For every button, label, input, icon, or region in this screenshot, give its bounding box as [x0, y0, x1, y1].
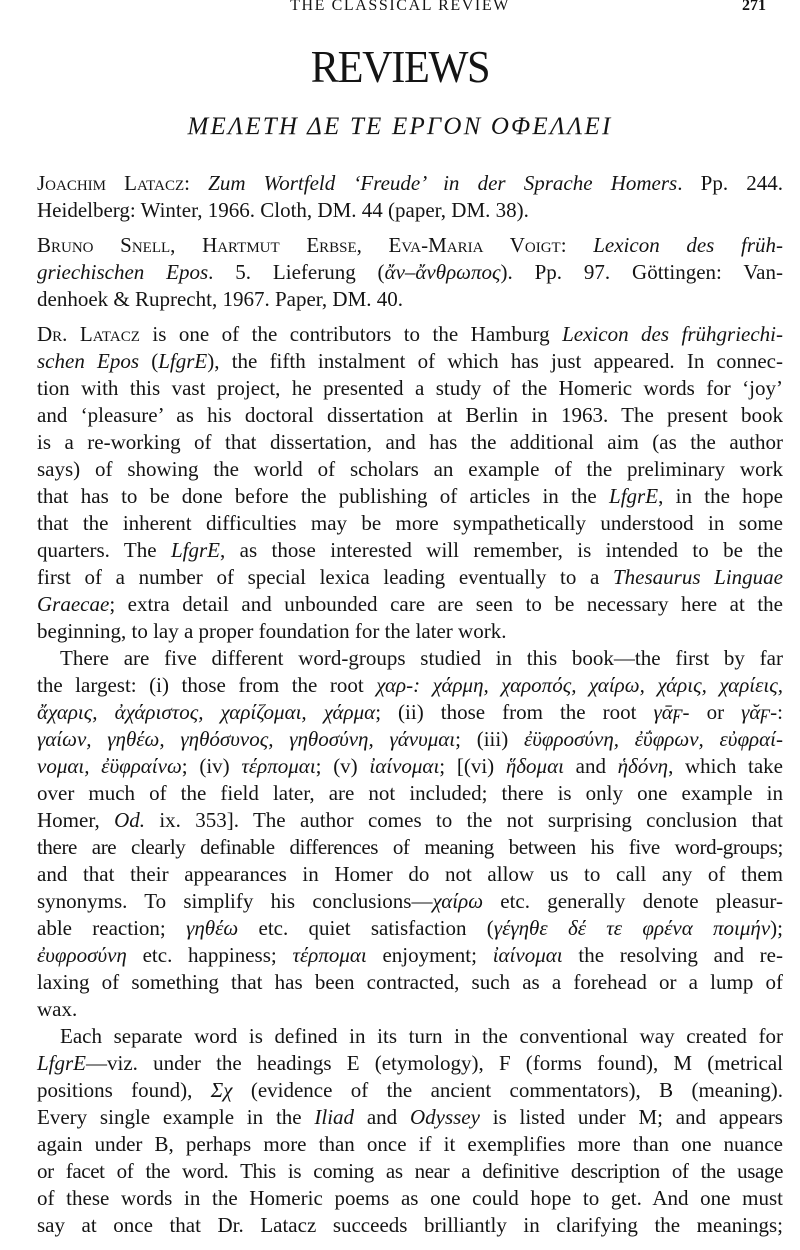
text: etc. generally denote pleasur-	[483, 889, 783, 913]
text-line: there are clearly definable differences …	[37, 834, 783, 861]
greek-text: ἐϋφροσύνη, ἐΰφρων, εὐφραί-	[524, 727, 783, 751]
text-line: tion with this vast project, he presente…	[37, 375, 783, 402]
italic-text: LfgrE	[158, 349, 207, 373]
greek-text: ἐυφροσύνη	[37, 943, 127, 967]
text-line: or facet of the word. This is coming as …	[37, 1158, 783, 1185]
citation-book-title: Zum Wortfeld ‘Freude’ in der Sprache Hom…	[208, 171, 677, 195]
text-line: laxing of something that has been contra…	[37, 969, 783, 996]
text: ix. 353]. The author comes to the not su…	[145, 808, 783, 832]
text-line: that has to be done before the publishin…	[37, 483, 783, 510]
text: ; [(vi)	[439, 754, 506, 778]
text-line: over much of the field later, are not in…	[37, 780, 783, 807]
page-number: 271	[742, 0, 766, 15]
text: quarters. The	[37, 538, 171, 562]
greek-text: ἰαίνομαι	[369, 754, 439, 778]
italic-text: LfgrE	[171, 538, 220, 562]
greek-text: ἄχαρις, ἀχάριστος, χαρίζομαι, χάρμα	[37, 700, 375, 724]
italic-text: Lexicon des frühgriechi-	[562, 322, 783, 346]
citation-line: Joachim Latacz: Zum Wortfeld ‘Freude’ in…	[37, 170, 783, 197]
italic-text: Odyssey	[410, 1105, 480, 1129]
text-line: positions found), Σχ (evidence of the an…	[37, 1077, 783, 1104]
text-line: There are five different word-groups stu…	[60, 645, 783, 672]
greek-text: χαρ-: χάρμη, χαροπός, χαίρω, χάρις, χαρί…	[376, 673, 783, 697]
text: ; (iii)	[455, 727, 524, 751]
text: ; extra detail and unbounded care are se…	[109, 592, 783, 616]
text-line: schen Epos (LfgrE), the fifth instalment…	[37, 348, 783, 375]
greek-text: ἄν–ἄνθρωπος	[385, 260, 501, 284]
greek-text: γηθέω	[186, 916, 238, 940]
text-line: Dr. Latacz is one of the contributors to…	[37, 321, 783, 348]
greek-text: γᾰϝ-	[741, 700, 777, 724]
text: ; (iv)	[182, 754, 242, 778]
italic-text: Thesaurus Linguae	[613, 565, 783, 589]
citation-author: Bruno Snell, Hartmut Erbse, Eva-Maria Vo…	[37, 233, 561, 257]
text: synonyms. To simplify his conclusions—	[37, 889, 432, 913]
text: . 5. Lieferung (	[208, 260, 384, 284]
text: ), the fifth instalment of which has jus…	[207, 349, 783, 373]
greek-text: ἥδομαι	[506, 754, 564, 778]
section-title: REVIEWS	[32, 40, 768, 93]
text: the resolving and re-	[563, 943, 783, 967]
citation-author: Joachim Latacz	[37, 171, 184, 195]
text-line: wax.	[37, 996, 783, 1023]
text: is listed under M; and appears	[480, 1105, 783, 1129]
text-line: and that their appearances in Homer do n…	[37, 861, 783, 888]
text: (	[139, 349, 158, 373]
text: Homer,	[37, 808, 114, 832]
text-line: νομαι, ἐϋφραίνω; (iv) τέρπομαι; (v) ἰαίν…	[37, 753, 783, 780]
text: etc. quiet satisfaction (	[238, 916, 494, 940]
citation-line: denhoek & Ruprecht, 1967. Paper, DM. 40.	[37, 286, 783, 313]
text-line: and ‘pleasure’ as his doctoral dissertat…	[37, 402, 783, 429]
text-line: beginning, to lay a proper foundation fo…	[37, 618, 783, 645]
text: the largest: (i) those from the root	[37, 673, 376, 697]
italic-text: Od.	[114, 808, 145, 832]
text: :	[561, 233, 594, 257]
text: etc. happiness;	[127, 943, 293, 967]
text: and	[564, 754, 618, 778]
running-head: THE CLASSICAL REVIEW 271	[0, 0, 800, 22]
text: positions found),	[37, 1078, 211, 1102]
text-line: again under B, perhaps more than once if…	[37, 1131, 783, 1158]
text: and	[354, 1105, 410, 1129]
text-line: the largest: (i) those from the root χαρ…	[37, 672, 783, 699]
text-line: first of a number of special lexica lead…	[37, 564, 783, 591]
text: enjoyment;	[367, 943, 493, 967]
greek-text: γέγηθε δέ τε φρένα ποιμήν	[494, 916, 770, 940]
text: , in the hope	[658, 484, 783, 508]
text-line: synonyms. To simplify his conclusions—χα…	[37, 888, 783, 915]
text-line: say at once that Dr. Latacz succeeds bri…	[37, 1212, 783, 1239]
text: able reaction;	[37, 916, 186, 940]
text-line: says) of showing the world of scholars a…	[37, 456, 783, 483]
text: is one of the contributors to the Hambur…	[140, 322, 562, 346]
text: :	[184, 171, 208, 195]
text-line: Each separate word is defined in its tur…	[60, 1023, 783, 1050]
text: first of a number of special lexica lead…	[37, 565, 613, 589]
greek-text: τέρπομαι	[292, 943, 366, 967]
text: ). Pp. 97. Göttingen: Van-	[501, 260, 783, 284]
text-line: ἄχαρις, ἀχάριστος, χαρίζομαι, χάρμα; (ii…	[37, 699, 783, 726]
greek-motto: ΜΕΛΕΤΗ ΔΕ ΤΕ ΕΡΓΟΝ ΟΦΕΛΛΕΙ	[0, 113, 800, 141]
italic-text: LfgrE	[37, 1051, 86, 1075]
italic-text: Iliad	[314, 1105, 354, 1129]
text: ; (ii) those from the root	[375, 700, 653, 724]
journal-title: THE CLASSICAL REVIEW	[0, 0, 800, 15]
text: —viz. under the headings E (etymology), …	[86, 1051, 783, 1075]
text-line: quarters. The LfgrE, as those interested…	[37, 537, 783, 564]
citation-pages: . Pp. 244.	[677, 171, 783, 195]
greek-text: γαίων, γηθέω, γηθόσυνος, γηθοσύνη, γάνυμ…	[37, 727, 455, 751]
text-line: Graecae; extra detail and unbounded care…	[37, 591, 783, 618]
greek-text: νομαι, ἐϋφραίνω	[37, 754, 182, 778]
text: , as those interested will remember, is …	[220, 538, 783, 562]
text: or	[690, 700, 742, 724]
citation-line: griechischen Epos. 5. Lieferung (ἄν–ἄνθρ…	[37, 259, 783, 286]
text-line: able reaction; γηθέω etc. quiet satisfac…	[37, 915, 783, 942]
greek-text: Σχ	[211, 1078, 233, 1102]
text-line: Every single example in the Iliad and Od…	[37, 1104, 783, 1131]
citation-book-title: griechischen Epos	[37, 260, 208, 284]
citation-line: Bruno Snell, Hartmut Erbse, Eva-Maria Vo…	[37, 232, 783, 259]
text-line: Homer, Od. ix. 353]. The author comes to…	[37, 807, 783, 834]
text: that has to be done before the publishin…	[37, 484, 609, 508]
greek-text: τέρπομαι	[241, 754, 315, 778]
italic-text: LfgrE	[609, 484, 658, 508]
reviewer-subject: Dr. Latacz	[37, 322, 140, 346]
text-line: ἐυφροσύνη etc. happiness; τέρπομαι enjoy…	[37, 942, 783, 969]
text: );	[770, 916, 783, 940]
greek-text: ἰαίνομαι	[493, 943, 563, 967]
greek-text: χαίρω	[432, 889, 483, 913]
text: Every single example in the	[37, 1105, 314, 1129]
text-line: that the inherent difficulties may be mo…	[37, 510, 783, 537]
text: :	[777, 700, 783, 724]
text: ; (v)	[316, 754, 370, 778]
citation-line: Heidelberg: Winter, 1966. Cloth, DM. 44 …	[37, 197, 783, 224]
italic-text: Graecae	[37, 592, 109, 616]
text: , which take	[668, 754, 783, 778]
italic-text: schen Epos	[37, 349, 139, 373]
text: (evidence of the ancient commentators), …	[232, 1078, 783, 1102]
text-line: LfgrE—viz. under the headings E (etymolo…	[37, 1050, 783, 1077]
text-line: is a re-working of that dissertation, an…	[37, 429, 783, 456]
text-line: of these words in the Homeric poems as o…	[37, 1185, 783, 1212]
citation-book-title: Lexicon des früh-	[593, 233, 783, 257]
greek-text: ἡδόνη	[618, 754, 668, 778]
text-line: γαίων, γηθέω, γηθόσυνος, γηθοσύνη, γάνυμ…	[37, 726, 783, 753]
greek-text: γᾱϝ-	[654, 700, 690, 724]
